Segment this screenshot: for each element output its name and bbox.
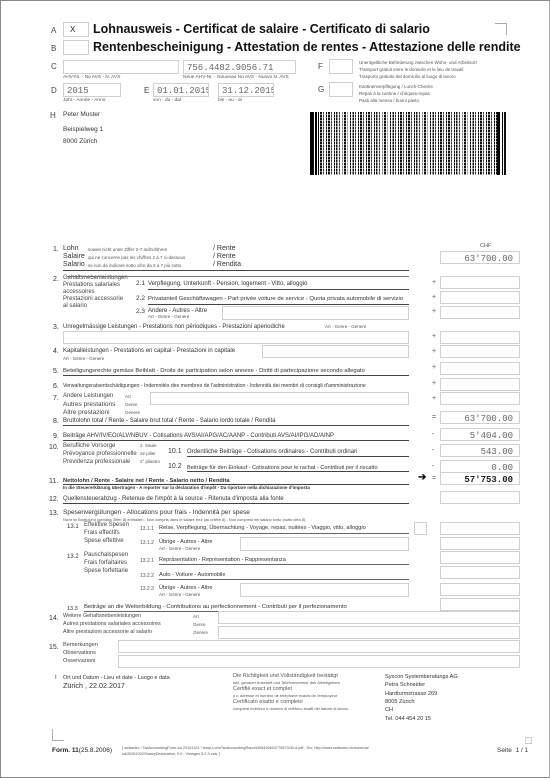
letter-d: D <box>51 86 57 95</box>
row-14-label-it: Altre prestazioni accessorie al salario <box>63 629 152 636</box>
employer-city: 8005 Zürich <box>385 698 415 706</box>
row-14-label-fr: Autres prestations salariales accessoire… <box>63 621 161 628</box>
row-10-sub-1: 2. Säule <box>140 443 157 448</box>
row-2-3-type-field[interactable] <box>222 306 409 320</box>
row-8-text: Bruttolohn total / Rente - Salaire brut … <box>63 417 275 425</box>
row-3-type-field[interactable] <box>63 331 409 344</box>
row-5-value[interactable] <box>440 362 520 375</box>
row-12-underline <box>63 503 409 504</box>
row-13-1-2-value[interactable] <box>440 537 520 550</box>
row-1-label-fr: Salaire <box>63 253 85 261</box>
form-number: Form. 11 <box>52 747 79 754</box>
row-14-sub-fr: Genre <box>193 622 206 627</box>
row-13-1-1-checkbox[interactable] <box>414 522 427 535</box>
row-1-rente-de: / Rente <box>213 245 236 253</box>
row-1-sub-fr: qui ne concerne pas les chiffres 2 à 7 c… <box>88 255 185 260</box>
new-ahv-number-label: Neue AHV-Nr. - Nouveau No AVS - Nuovo N.… <box>183 75 289 80</box>
ahv-number-field[interactable] <box>63 60 179 74</box>
remarks-field-2[interactable] <box>118 655 520 668</box>
row-3-value[interactable] <box>440 331 520 344</box>
row-13-2-2-underline <box>159 579 409 580</box>
row-7-sub-it: Genere <box>125 410 140 415</box>
row-1-rendita-it: / Rendita <box>213 261 241 269</box>
row-13-1-1-number: 13.1.1 <box>140 526 154 532</box>
canteen-label-it: Pasti alla mensa / buoni pasto <box>359 98 419 103</box>
row-13-3-number: 13.3 <box>67 605 78 613</box>
row-13-1-2-text: Übrige - Autres - Altre <box>159 538 212 546</box>
employer-street: Hardturmstrasse 269 <box>385 690 437 698</box>
free-transport-label-it: Trasporto gratuito dal domicilio al luog… <box>359 74 456 79</box>
row-2-2-number: 2.2 <box>136 295 145 303</box>
row-14-sub-it: Genere <box>193 630 208 635</box>
row-2-label-3: accessoires <box>63 289 95 296</box>
row-8-underline <box>63 425 409 426</box>
free-transport-checkbox[interactable] <box>329 59 353 74</box>
row-13-2-label-fr: Frais forfaitaires <box>84 560 127 567</box>
year-label: Jahr - Année - Anno <box>63 98 105 103</box>
free-transport-label-de: Unentgeltliche Beförderung zwischen Wohn… <box>359 60 477 65</box>
row-1-sub-it: se non da indicare sotto cifre da 2 a 7 … <box>88 263 181 268</box>
row-10-1-text: Ordentliche Beiträge - Cotisations ordin… <box>187 448 357 456</box>
row-11-net-salary-value[interactable]: 57'753.00 <box>440 472 520 485</box>
period-to-field[interactable]: 31.12.2015 <box>218 83 274 97</box>
row-10-2-number: 10.2 <box>168 463 182 471</box>
row-11-number: 11. <box>49 478 58 485</box>
row-7-operator: + <box>432 395 436 402</box>
letter-a: A <box>51 26 56 35</box>
new-ahv-number-field[interactable]: 756.4482.9056.71 <box>183 60 296 74</box>
row-13-1-label-de: Effektive Spesen <box>84 522 129 529</box>
row-13-2-3-sub: Art - Genre - Genere <box>159 592 200 597</box>
row-1-rente-fr: / Rente <box>213 253 236 261</box>
employee-name: Peter Muster <box>63 111 100 119</box>
row-13-1-1-text: Reise, Verpflegung, Übernachtung - Voyag… <box>159 524 366 532</box>
corner-mark-bottom-left <box>52 729 64 741</box>
row-13-3-text: Beiträge an die Weiterbildung - Contribu… <box>84 603 347 611</box>
row-13-2-3-type-field[interactable] <box>240 583 409 597</box>
row-2-number: 2. <box>53 276 59 283</box>
employer-country: CH <box>385 706 393 714</box>
row-13-2-2-number: 13.2.2 <box>140 573 154 579</box>
row-14-label-de: Weitere Gehaltsnebenleistungen <box>63 613 141 620</box>
row-6-number: 6. <box>53 383 59 390</box>
row-11-operator: = <box>432 475 436 482</box>
row-13-2-3-text: Übrige - Autres - Altre <box>159 584 212 592</box>
row-5-underline <box>63 375 409 376</box>
row-2-3-sub: Art - Genre - Genere <box>148 314 189 319</box>
row-14-number: 14. <box>49 615 59 622</box>
row-4-type-field[interactable] <box>262 345 409 358</box>
row-4-number: 4. <box>53 348 59 355</box>
letter-h: H <box>50 111 56 120</box>
period-from-field[interactable]: 01.01.2015 <box>153 83 209 97</box>
row-15-label-fr: Observations <box>63 650 96 657</box>
employer-contact: Petra Schneider <box>385 681 425 689</box>
row-10-sub-3: 2° pilastro <box>140 459 160 464</box>
form-id: Form. 11(25.8.2006) <box>52 747 112 754</box>
employer-phone: Tel. 044 454 20 15 <box>385 715 431 723</box>
certify-de: Die Richtigkeit und Vollständigkeit best… <box>233 673 338 679</box>
row-13-2-3-value[interactable] <box>440 583 520 596</box>
certify-fr-sub: y.c. adresse et numéro de téléphone exac… <box>233 693 337 698</box>
row-13-1-2-sub: Art - Genre - Genere <box>159 546 200 551</box>
form-meta-line-1: [ swissdec / TaxAccountingForm.xsl 20161… <box>122 746 369 750</box>
period-to-label: bis - au - al <box>218 98 242 103</box>
canteen-checkbox[interactable] <box>329 82 353 97</box>
2d-barcode <box>310 112 507 175</box>
letter-e: E <box>144 86 149 95</box>
letter-i: I <box>55 675 57 681</box>
row-1-label-it: Salario <box>63 261 85 269</box>
row-1-sub-de: soweit nicht unter Ziffer 2-7 aufzuführe… <box>88 247 167 252</box>
row-13-1-number: 13.1 <box>67 523 79 531</box>
row-10-2-underline <box>187 471 409 472</box>
letter-c: C <box>51 62 57 71</box>
year-field[interactable]: 2015 <box>63 83 121 97</box>
row-2-2-text: Privatanteil Geschäftswagen - Part privé… <box>148 295 403 303</box>
row-12-value[interactable] <box>440 491 520 504</box>
arrow-right-icon: ➔ <box>418 472 426 483</box>
row-3-text: Unregelmässige Leistungen - Prestations … <box>63 323 285 331</box>
row-13-1-2-type-field[interactable] <box>240 537 409 551</box>
certify-de-sub: inkl. genauer Anschrift und Telefonnumme… <box>233 680 340 685</box>
row-4-operator: + <box>432 348 436 355</box>
title-rentenbescheinigung: Rentenbescheinigung - Attestation de ren… <box>93 40 521 54</box>
row-8-operator: = <box>432 414 436 421</box>
row-2-1-text: Verpflegung, Unterkunft - Pension, logem… <box>148 280 307 288</box>
row-10-sub-2: 2e pilier <box>140 451 156 456</box>
employee-street: Beispielweg 1 <box>63 126 103 134</box>
row-10-2-operator: - <box>432 463 434 470</box>
certify-it: Certificato esatto e completo <box>233 699 303 705</box>
checkbox-lohnausweis[interactable]: X <box>63 22 89 37</box>
row-13-1-label-fr: Frais effectifs <box>84 530 120 537</box>
row-2-label-4: Prestazioni accessorie <box>63 296 123 303</box>
row-2-label-2: Prestations salariales <box>63 282 120 289</box>
row-13-1-label-it: Spese effettive <box>84 538 124 545</box>
corner-mark <box>495 23 507 35</box>
row-10-1-operator: - <box>432 447 434 454</box>
row-13-2-3-number: 13.2.3 <box>140 586 154 592</box>
row-13-2-label-it: Spese forfettarie <box>84 568 128 575</box>
employee-city: 8000 Zürich <box>63 138 97 146</box>
row-2-2-underline <box>148 304 409 305</box>
row-3-sub: Art - Genre - Genere <box>325 324 366 329</box>
row-10-number: 10. <box>49 444 59 451</box>
row-13-number: 13. <box>49 510 59 517</box>
employer-company: Syscon Systemberatungs AG <box>385 673 458 681</box>
row-1-underline <box>63 270 409 271</box>
row-5-number: 5. <box>53 368 59 375</box>
row-1-salary-value[interactable]: 63'700.00 <box>440 251 520 264</box>
letter-g: G <box>318 85 324 94</box>
row-13-2-number: 13.2 <box>67 553 79 561</box>
checkbox-rentenbescheinigung[interactable] <box>63 40 89 55</box>
row-5-operator: + <box>432 364 436 371</box>
row-5-text: Beteiligungsrechte gemäss Beiblatt - Dro… <box>63 367 365 375</box>
row-6-text: Verwaltungsratsentschädigungen - Indemni… <box>63 382 366 390</box>
row-10-label-fr: Prévoyance professionnelle <box>63 451 137 458</box>
row-14-sub-de: Art <box>193 614 199 619</box>
row-2-1-operator: + <box>432 279 436 286</box>
row-7-value[interactable] <box>440 392 520 405</box>
row-2-1-underline <box>148 289 409 290</box>
page-value: 1 / 1 <box>515 747 528 754</box>
canteen-label-de: Kantinenverpflegung / Lunch-Checks <box>359 84 433 89</box>
canteen-label-fr: Repas à la cantine / chèques-repas <box>359 91 430 96</box>
row-2-1-number: 2.1 <box>136 280 145 288</box>
row-7-label-it: Altre prestazioni <box>63 409 110 416</box>
row-13-text: Spesenvergütungen - Allocations pour fra… <box>63 509 250 517</box>
row-9-underline <box>63 440 409 441</box>
row-8-gross-salary-value[interactable]: 63'700.00 <box>440 411 520 424</box>
row-4-text: Kapitalleistungen - Prestations en capit… <box>63 347 235 355</box>
row-2-topline <box>67 276 409 277</box>
form-meta-line-2: sd/20051002/SalaryDeclaration, 0.0 ; Vie… <box>122 752 220 756</box>
title-lohnausweis: Lohnausweis - Certificat de salaire - Ce… <box>93 22 430 36</box>
row-2-3-value[interactable] <box>440 306 520 319</box>
row-9-text: Beiträge AHV/IV/EO/ALV/NBUV - Cotisation… <box>63 432 334 440</box>
place-date-value: Zürich , 22.02.2017 <box>63 682 125 690</box>
row-2-2-value[interactable] <box>440 291 520 304</box>
row-7-sub-de: Art <box>125 394 131 399</box>
row-13-2-1-number: 13.2.1 <box>140 558 154 564</box>
row-12-text: Quellensteuerabzug - Retenue de l'impôt … <box>63 495 284 503</box>
currency-label: CHF <box>480 243 491 249</box>
period-from-label: von - du - dal <box>153 98 181 103</box>
letter-f: F <box>318 62 323 71</box>
row-2-label-5: al salario <box>63 303 87 310</box>
row-8-number: 8. <box>53 418 59 425</box>
row-13-2-1-value[interactable] <box>440 551 520 564</box>
row-7-sub-fr: Genre <box>125 402 138 407</box>
letter-b: B <box>51 44 56 53</box>
row-6-operator: + <box>432 380 436 387</box>
page-label: Seite <box>497 747 512 754</box>
row-7-label-fr: Autres prestations <box>63 401 115 408</box>
row-2-1-value[interactable] <box>440 276 520 289</box>
row-3-operator: + <box>432 333 436 340</box>
row-7-number: 7. <box>53 395 59 402</box>
row-9-number: 9. <box>53 433 59 440</box>
row-15-number: 15. <box>49 644 59 651</box>
row-13-2-1-underline <box>159 564 409 565</box>
free-transport-label-fr: Transport gratuit entre le domicile et l… <box>359 67 463 72</box>
row-10-label-de: Berufliche Vorsorge <box>63 443 115 450</box>
remarks-field-1[interactable] <box>118 640 520 653</box>
row-10-1-value[interactable]: 543.00 <box>440 444 520 457</box>
row-13-2-2-value[interactable] <box>440 566 520 579</box>
form-date: (25.8.2006) <box>79 747 112 754</box>
certify-it-sub: compresi indirizzo e numero di telefono … <box>233 706 348 711</box>
row-2-3-number: 2.3 <box>136 308 145 316</box>
row-6-value[interactable] <box>440 378 520 391</box>
row-4-sub: Art - Genre - Genere <box>63 356 104 361</box>
certify-fr: Certifié exact et complet <box>233 686 292 692</box>
page-indicator: Seite 1 / 1 <box>497 747 528 754</box>
row-7-label-de: Andere Leistungen <box>63 393 113 400</box>
row-12-number: 12. <box>49 496 59 503</box>
row-11-underline <box>63 484 409 485</box>
ahv-number-label: AHV-Nr. - No AVS - N. AVS <box>63 75 120 80</box>
corner-mark-bottom-right <box>525 737 532 744</box>
row-10-1-number: 10.1 <box>168 448 182 456</box>
row-7-type-field[interactable] <box>150 392 409 405</box>
row-4-value[interactable] <box>440 345 520 358</box>
row-13-2-1-text: Repräsentation - Représentation - Rappre… <box>159 556 286 564</box>
row-9-operator: - <box>432 431 434 438</box>
row-11-sub: In die Steuererklärung übertragen - A re… <box>63 485 310 490</box>
row-13-1-1-underline <box>159 533 409 534</box>
row-9-contributions-value[interactable]: 5'404.00 <box>440 428 520 441</box>
row-13-1-1-value[interactable] <box>440 522 520 535</box>
row-1-number: 1. <box>53 246 59 253</box>
row-3-number: 3. <box>53 324 59 331</box>
row-13-2-label-de: Pauschalspesen <box>84 552 128 559</box>
row-15-label-it: Osservazioni <box>63 658 95 665</box>
row-1-label-de: Lohn <box>63 245 79 253</box>
row-14-field-2[interactable] <box>218 626 520 639</box>
row-10-label-it: Previdenza professionale <box>63 459 130 466</box>
row-13-2-2-text: Auto - Voiture - Automobile <box>159 571 226 579</box>
row-2-3-operator: + <box>432 308 436 315</box>
row-14-field-1[interactable] <box>218 611 520 624</box>
row-15-label-de: Bemerkungen <box>63 642 98 649</box>
row-13-1-2-number: 13.1.2 <box>140 540 154 546</box>
row-10-1-underline <box>187 456 409 457</box>
row-13-3-value[interactable] <box>440 598 520 611</box>
row-2-2-operator: + <box>432 294 436 301</box>
